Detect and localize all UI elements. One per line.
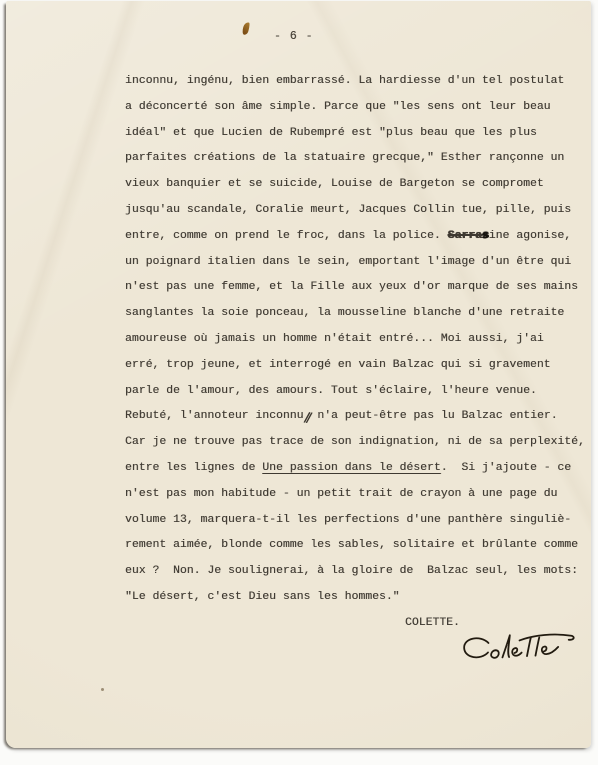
signature-handwriting <box>454 631 584 665</box>
text-segment: Sarra <box>448 229 482 242</box>
text-segment: ine agonise, <box>489 229 571 242</box>
text-segment: n'est pas une femme, et la Fille aux yeu… <box>125 280 578 293</box>
text-segment: Car je ne trouve pas trace de son indign… <box>125 435 585 448</box>
ink-stain-icon <box>241 21 250 35</box>
text-segment: erré, trop jeune, et interrogé en vain B… <box>125 358 551 371</box>
text-segment: parfaites créations de la statuaire grec… <box>125 151 564 164</box>
text-line: sanglantes la soie ponceau, la mousselin… <box>125 300 587 326</box>
text-segment: sanglantes la soie ponceau, la mousselin… <box>125 306 564 319</box>
text-line: parfaites créations de la statuaire grec… <box>125 145 587 171</box>
paper-speck-icon <box>101 688 104 691</box>
text-segment: entre, comme on prend le froc, dans la p… <box>125 229 448 242</box>
text-line: erré, trop jeune, et interrogé en vain B… <box>125 352 587 378</box>
scan-background: - 6 - inconnu, ingénu, bien embarrassé. … <box>0 0 598 765</box>
text-segment: a déconcerté son âme simple. Parce que "… <box>125 100 551 113</box>
text-line: "Le désert, c'est Dieu sans les hommes." <box>125 584 587 610</box>
text-segment: volume 13, marquera-t-il les perfections… <box>125 513 571 526</box>
text-segment: "Le désert, c'est Dieu sans les hommes." <box>125 590 400 603</box>
text-segment: jusqu'au scandale, Coralie meurt, Jacque… <box>125 203 571 216</box>
text-line: jusqu'au scandale, Coralie meurt, Jacque… <box>125 197 587 223</box>
text-segment: rement aimée, blonde comme les sables, s… <box>125 538 578 551</box>
text-segment: vieux banquier et se suicide, Louise de … <box>125 177 544 190</box>
typed-signoff: COLETTE. <box>405 616 460 629</box>
letter-body: inconnu, ingénu, bien embarrassé. La har… <box>125 68 587 610</box>
text-line: a déconcerté son âme simple. Parce que "… <box>125 94 587 120</box>
text-segment: inconnu, ingénu, bien embarrassé. La har… <box>125 74 564 87</box>
text-line: Car je ne trouve pas trace de son indign… <box>125 429 587 455</box>
text-line: entre les lignes de Une passion dans le … <box>125 455 587 481</box>
text-line: vieux banquier et se suicide, Louise de … <box>125 171 587 197</box>
text-segment: entre les lignes de <box>125 461 262 474</box>
text-line: eux ? Non. Je soulignerai, à la gloire d… <box>125 558 587 584</box>
text-line: idéal" et que Lucien de Rubempré est "pl… <box>125 120 587 146</box>
page-number: - 6 - <box>274 30 314 43</box>
text-line: parle de l'amour, des amours. Tout s'écl… <box>125 378 587 404</box>
text-line: volume 13, marquera-t-il les perfections… <box>125 507 587 533</box>
text-line: n'est pas mon habitude - un petit trait … <box>125 481 587 507</box>
text-segment: s <box>482 229 489 242</box>
text-segment: n'est pas mon habitude - un petit trait … <box>125 487 557 500</box>
text-segment: un poignard italien dans le sein, emport… <box>125 255 571 268</box>
text-segment: Rebuté, l'annoteur inconnu <box>125 409 303 422</box>
text-line: entre, comme on prend le froc, dans la p… <box>125 223 587 249</box>
text-segment: idéal" et que Lucien de Rubempré est "pl… <box>125 126 537 139</box>
text-segment: n'a peut-être pas lu Balzac entier. <box>310 409 557 422</box>
text-line: amoureuse où jamais un homme n'était ent… <box>125 326 587 352</box>
text-line: rement aimée, blonde comme les sables, s… <box>125 532 587 558</box>
text-segment: . Si j'ajoute - ce <box>441 461 571 474</box>
text-line: inconnu, ingénu, bien embarrassé. La har… <box>125 68 587 94</box>
text-segment: parle de l'amour, des amours. Tout s'écl… <box>125 384 537 397</box>
text-line: n'est pas une femme, et la Fille aux yeu… <box>125 274 587 300</box>
text-line: un poignard italien dans le sein, emport… <box>125 249 587 275</box>
text-segment: eux ? Non. Je soulignerai, à la gloire d… <box>125 564 578 577</box>
text-segment: amoureuse où jamais un homme n'était ent… <box>125 332 544 345</box>
book-title: Une passion dans le désert <box>262 461 440 474</box>
text-line: Rebuté, l'annoteur inconnu// n'a peut-êt… <box>125 403 587 429</box>
document-page: - 6 - inconnu, ingénu, bien embarrassé. … <box>6 1 591 748</box>
